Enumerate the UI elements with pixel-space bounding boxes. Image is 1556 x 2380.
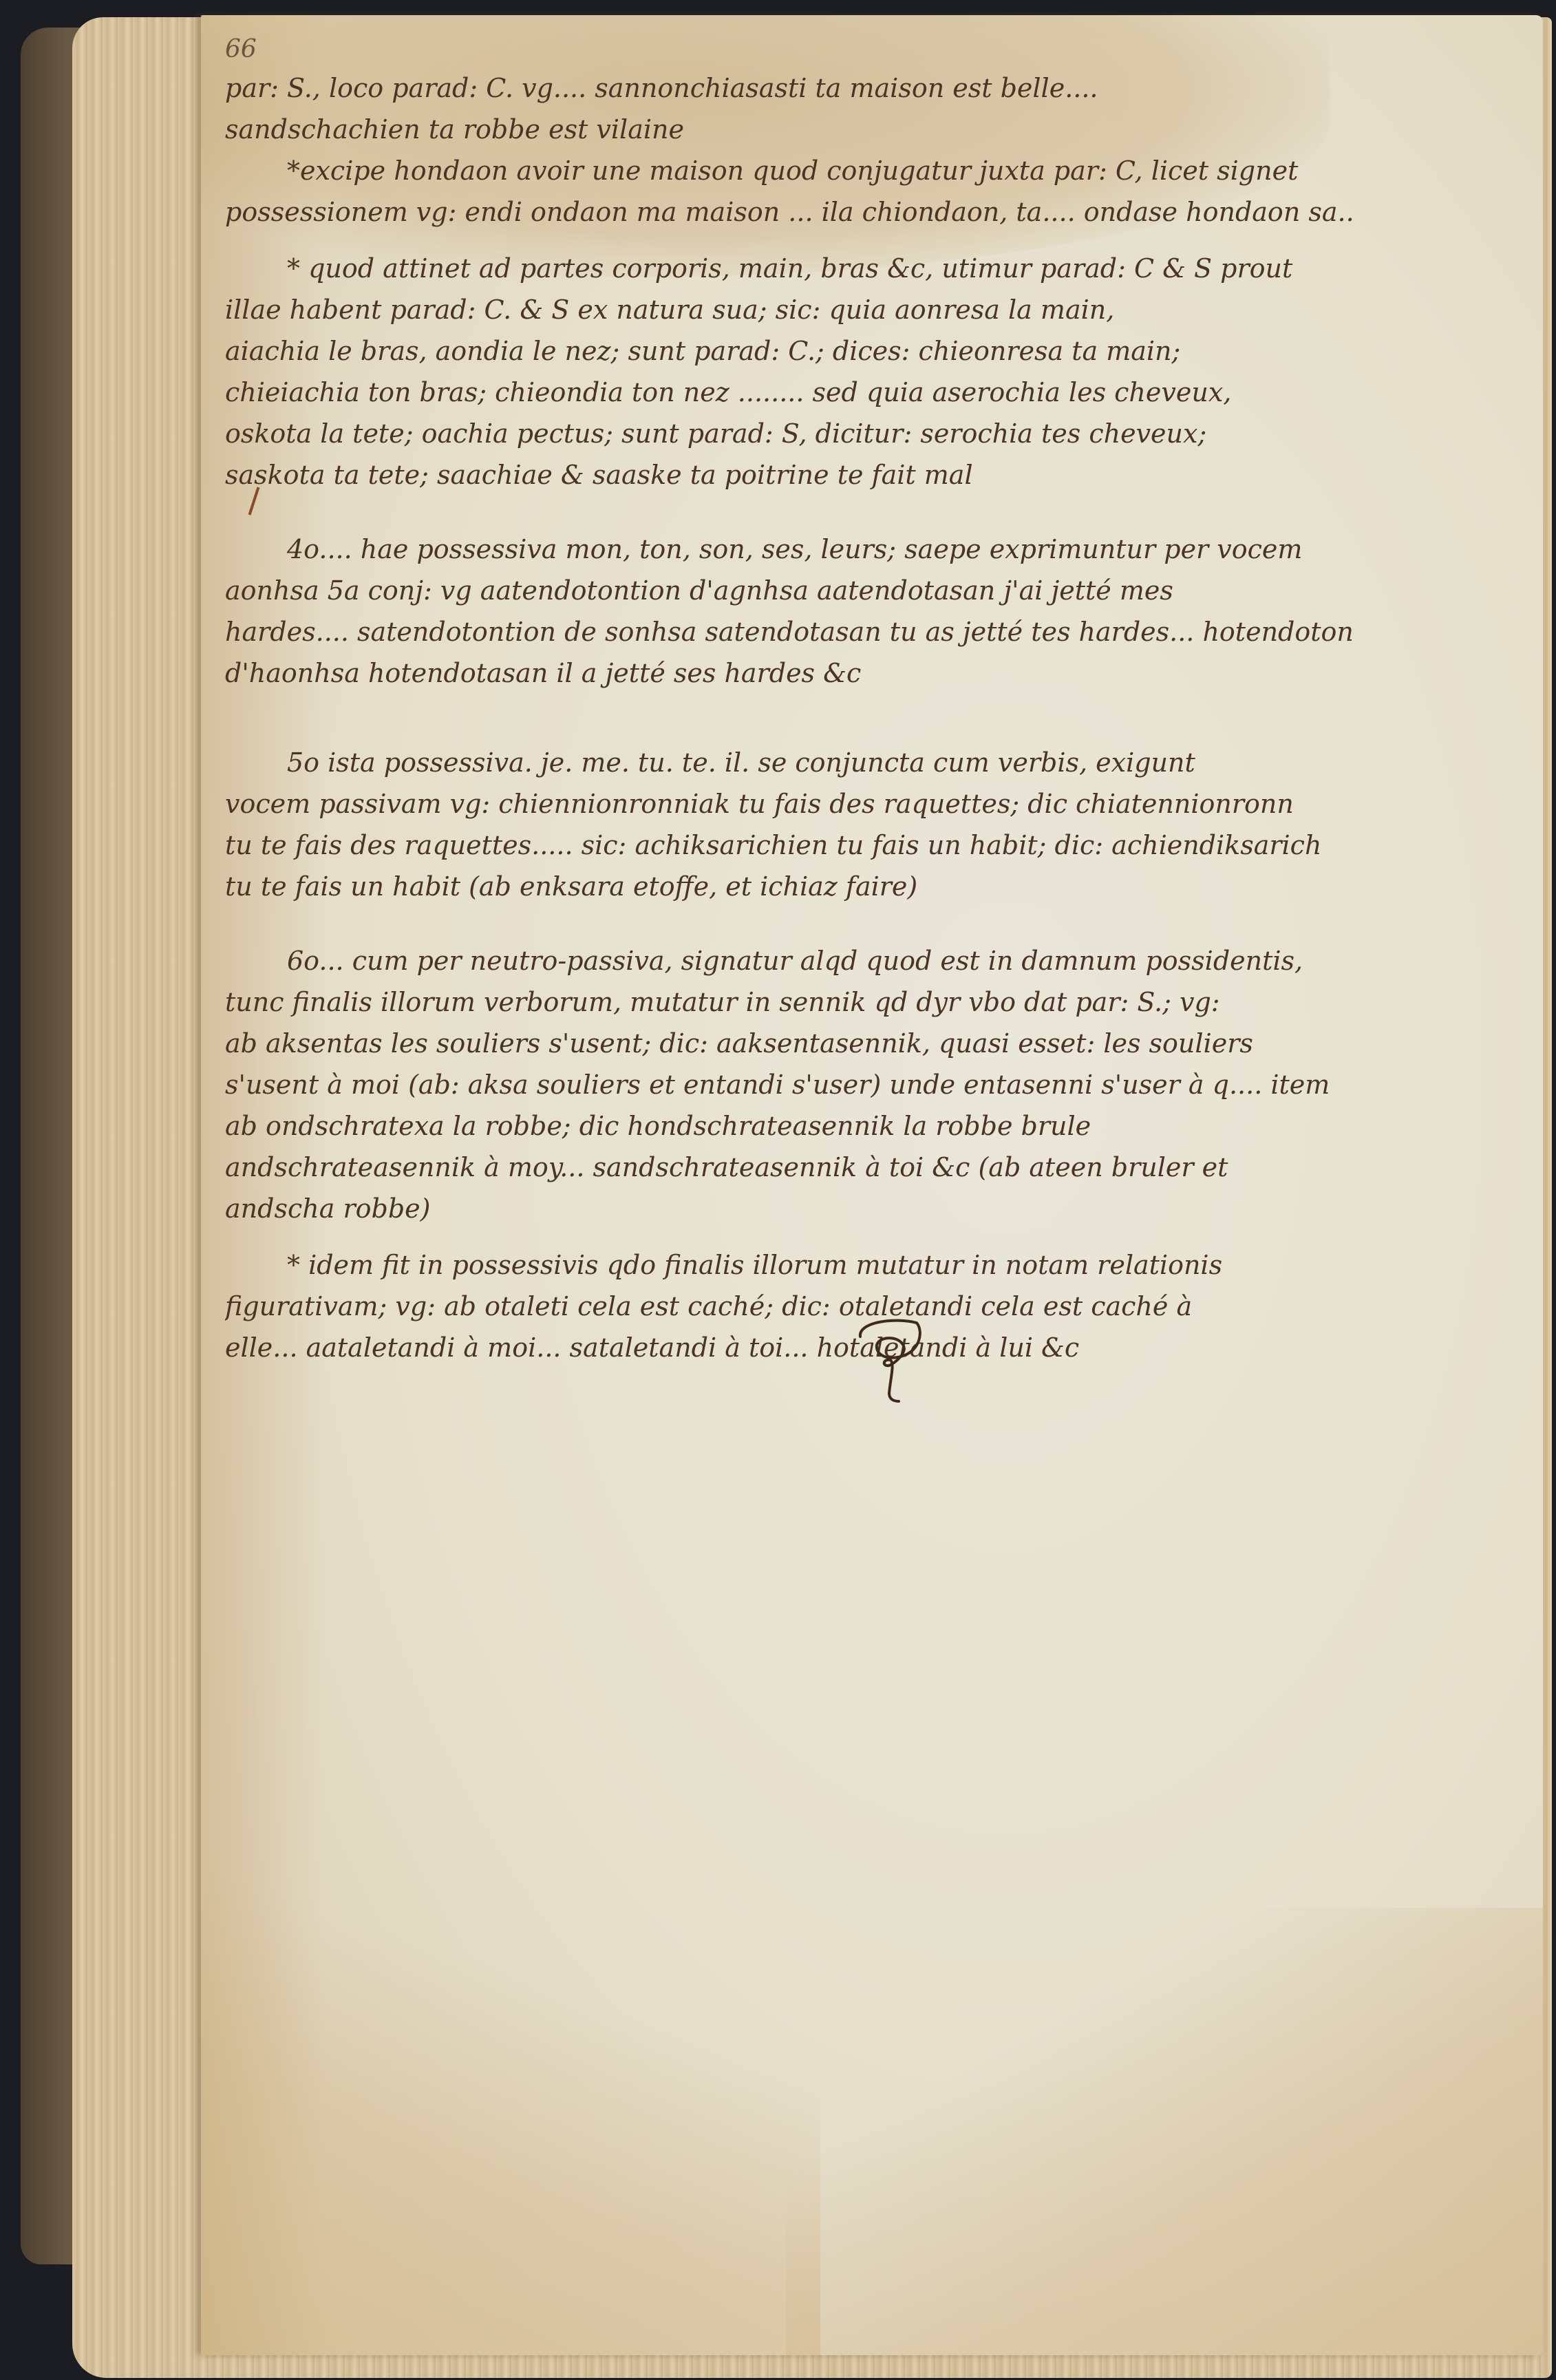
text-line: andschrateasennik à moy... sandschrateas…	[225, 1147, 1543, 1188]
text-line: andscha robbe)	[225, 1188, 1543, 1229]
manuscript-text: 66 par: S., loco parad: C. vg.... sannon…	[225, 29, 1543, 1368]
text-line: ab aksentas les souliers s'usent; dic: a…	[225, 1023, 1543, 1064]
page-number: 66	[225, 29, 1543, 67]
text-line: hardes.... satendotontion de sonhsa sate…	[225, 611, 1543, 652]
text-line: oskota la tete; oachia pectus; sunt para…	[225, 413, 1543, 454]
water-stain-bottom-left	[201, 1873, 820, 2355]
manuscript-page: 66 par: S., loco parad: C. vg.... sannon…	[201, 15, 1543, 2355]
text-line: possessionem vg: endi ondaon ma maison .…	[225, 191, 1543, 233]
text-line: aonhsa 5a conj: vg aatendotontion d'agnh…	[225, 570, 1543, 611]
text-line: * idem fit in possessivis qdo finalis il…	[225, 1244, 1543, 1286]
text-line: tunc finalis illorum verborum, mutatur i…	[225, 981, 1543, 1023]
text-line: sandschachien ta robbe est vilaine	[225, 109, 1543, 150]
flourish-signature-icon	[855, 1316, 930, 1405]
text-line: par: S., loco parad: C. vg.... sannonchi…	[225, 67, 1543, 109]
text-line: illae habent parad: C. & S ex natura sua…	[225, 289, 1543, 330]
text-line: tu te fais un habit (ab enksara etoffe, …	[225, 866, 1543, 907]
text-line: d'haonhsa hotendotasan il a jetté ses ha…	[225, 652, 1543, 694]
text-line: vocem passivam vg: chiennionronniak tu f…	[225, 783, 1543, 825]
text-line: 6o... cum per neutro-passiva, signatur a…	[225, 940, 1543, 981]
text-line: * quod attinet ad partes corporis, main,…	[225, 248, 1543, 289]
text-line: 4o.... hae possessiva mon, ton, son, ses…	[225, 529, 1543, 570]
text-line: saskota ta tete; saachiae & saaske ta po…	[225, 454, 1543, 496]
text-line: *excipe hondaon avoir une maison quod co…	[225, 150, 1543, 191]
text-line: s'usent à moi (ab: aksa souliers et enta…	[225, 1064, 1543, 1105]
text-line: 5o ista possessiva. je. me. tu. te. il. …	[225, 742, 1543, 783]
water-stain-bottom-right	[786, 1908, 1543, 2355]
text-line: chieiachia ton bras; chieondia ton nez .…	[225, 372, 1543, 413]
text-line: tu te fais des raquettes..... sic: achik…	[225, 825, 1543, 866]
text-line: ab ondschratexa la robbe; dic hondschrat…	[225, 1105, 1543, 1147]
text-line: aiachia le bras, aondia le nez; sunt par…	[225, 330, 1543, 372]
